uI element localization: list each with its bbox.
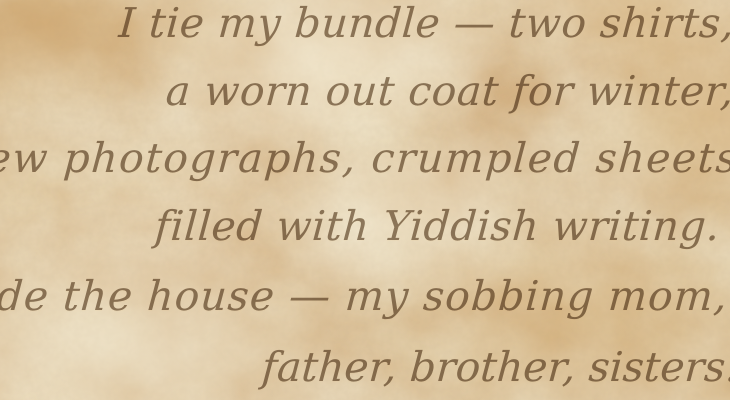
poem-line: a worn out coat for winter, bbox=[164, 68, 730, 115]
poem-line: father, brother, sisters. bbox=[260, 344, 730, 391]
poem-line: Outside the house — my sobbing mom, bbox=[0, 273, 730, 320]
poem-line: I tie my bundle — two shirts, bbox=[117, 0, 730, 47]
parchment-page: I tie my bundle — two shirts, a worn out… bbox=[0, 0, 730, 400]
poem-line: few photographs, crumpled sheets bbox=[0, 135, 730, 182]
poem-text: I tie my bundle — two shirts, a worn out… bbox=[0, 0, 730, 400]
poem-line: filled with Yiddish writing. bbox=[154, 203, 722, 250]
